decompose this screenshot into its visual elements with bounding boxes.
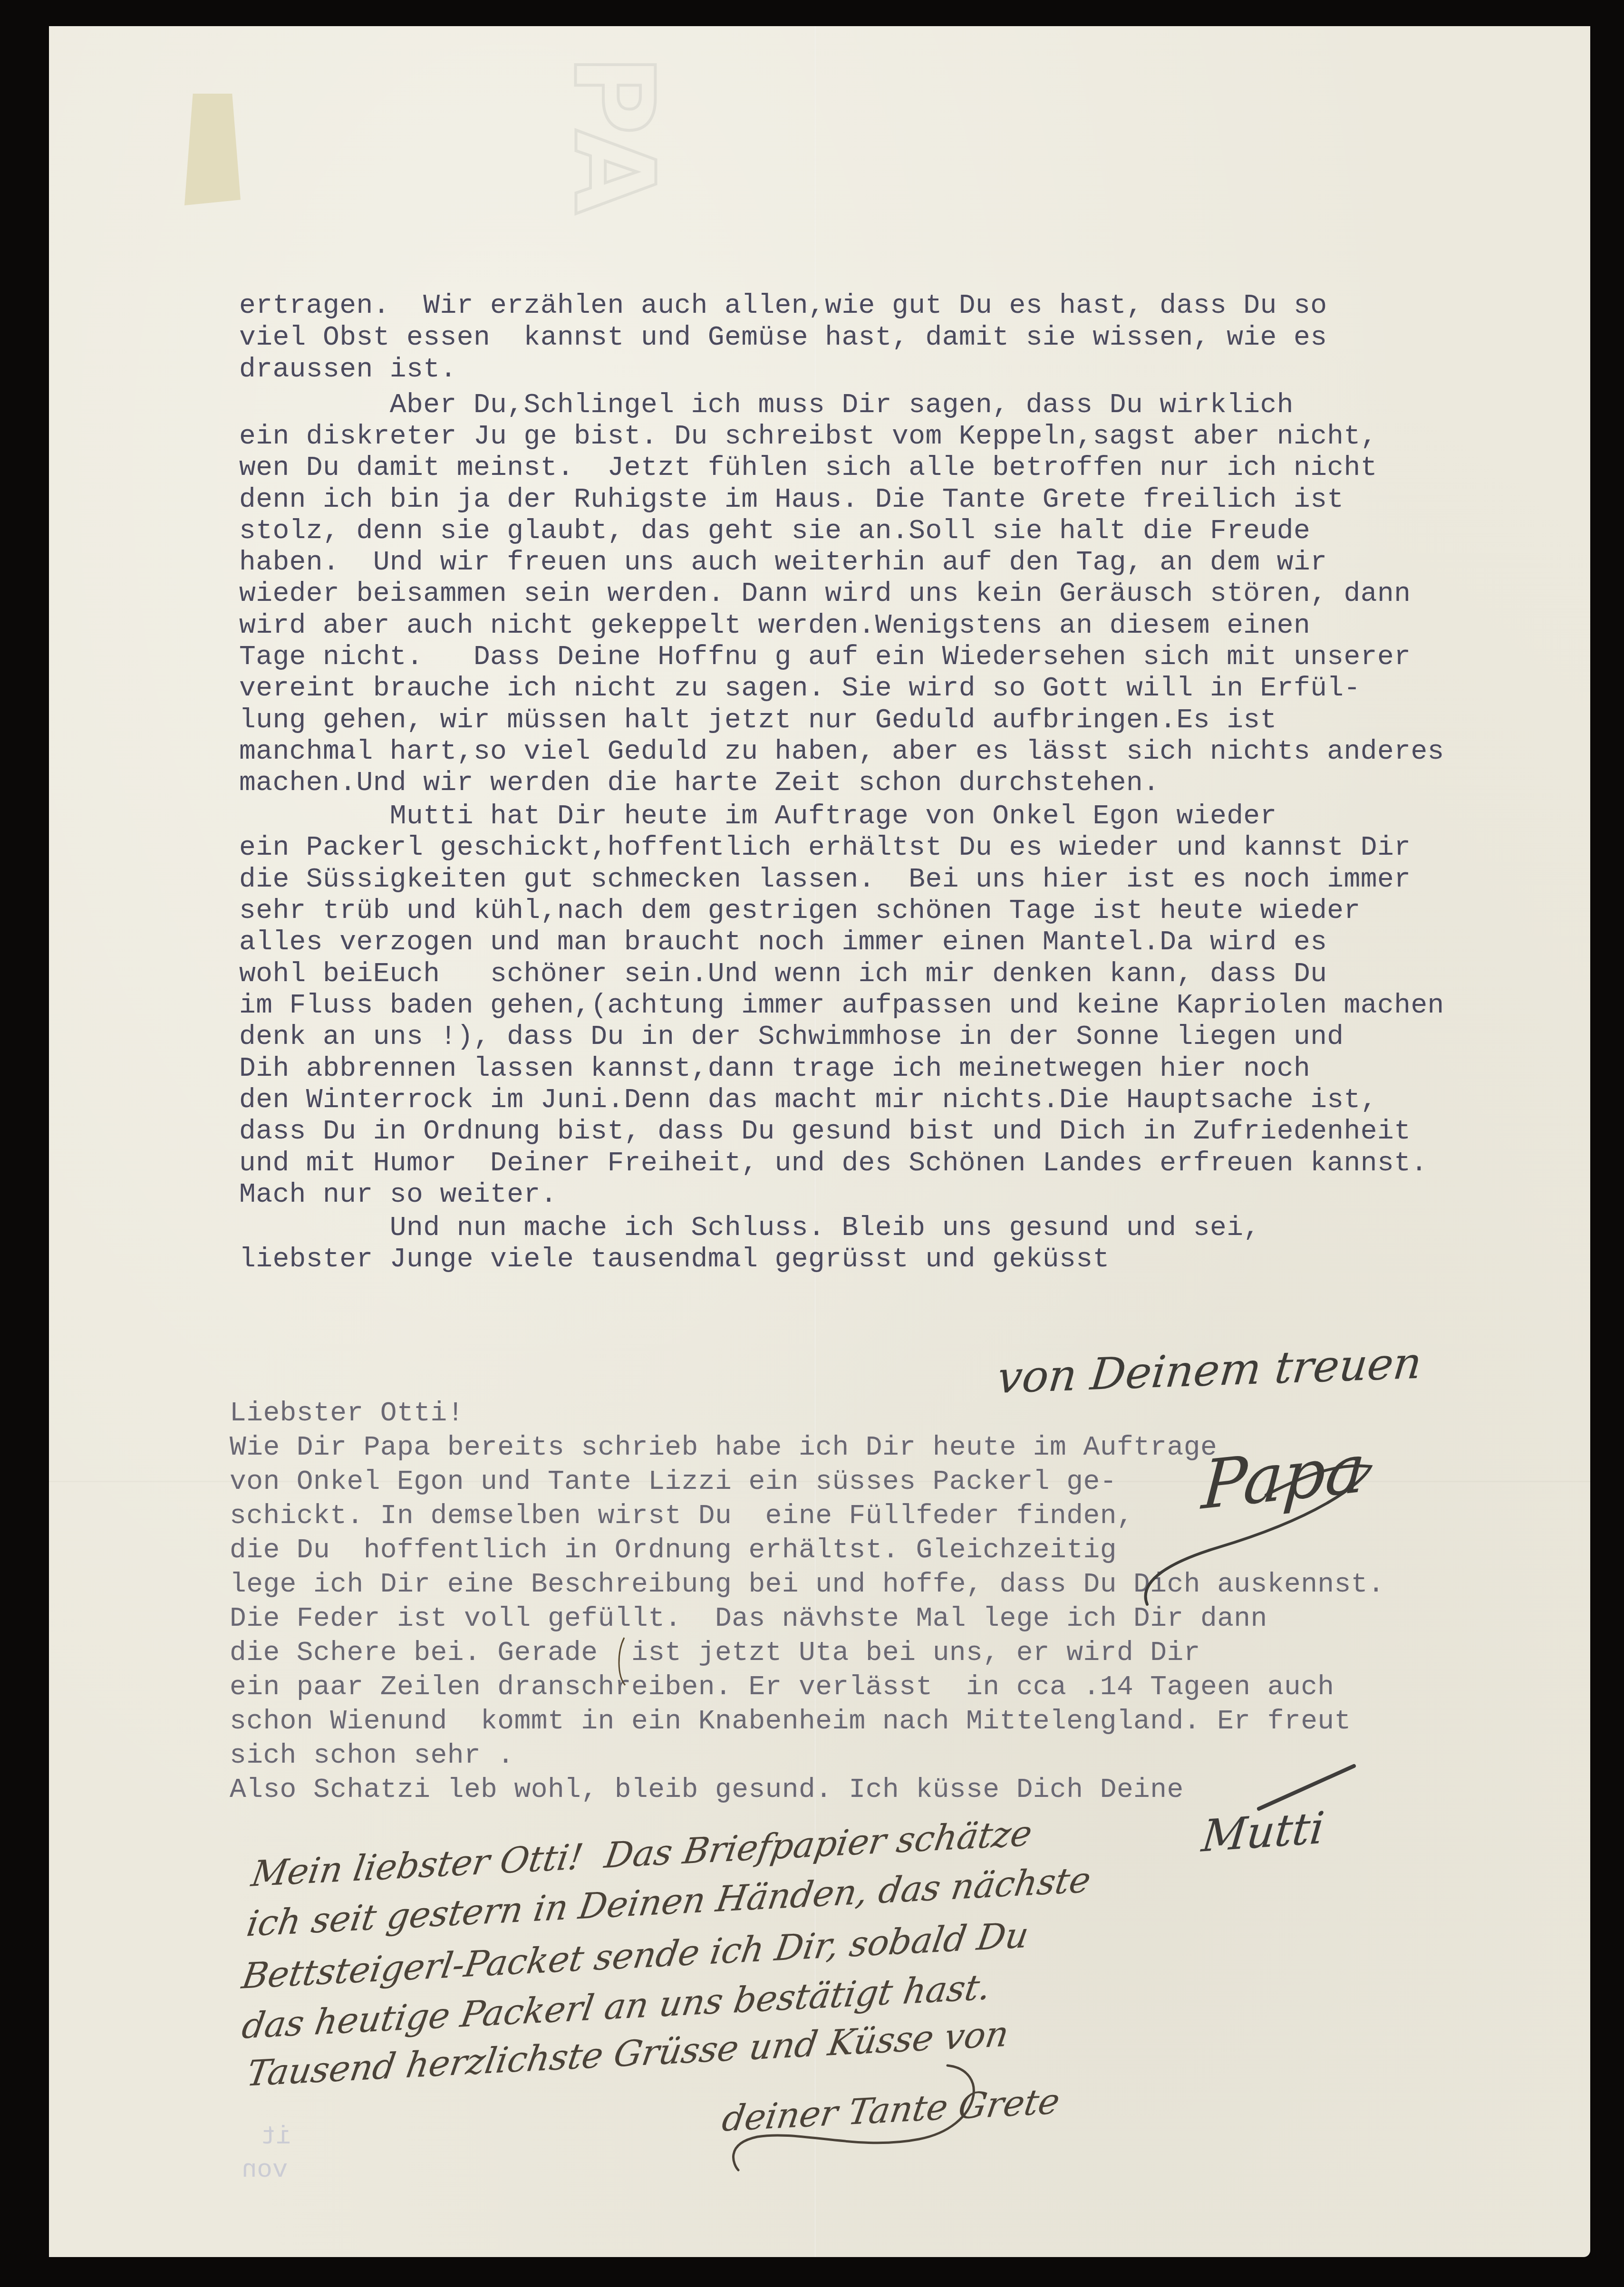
insertion-mark-stroke (619, 1638, 625, 1685)
grete-flourish-stroke (734, 2065, 974, 2170)
papa-flourish-stroke (1146, 1466, 1371, 1604)
showthrough-text: von (242, 2156, 288, 2185)
letter-paper: PA ertragen. Wir erzählen auch allen,wie… (49, 26, 1590, 2257)
ink-flourishes (49, 26, 1590, 2257)
showthrough-text: it (261, 2123, 291, 2152)
mutti-dash-stroke (1259, 1766, 1354, 1809)
